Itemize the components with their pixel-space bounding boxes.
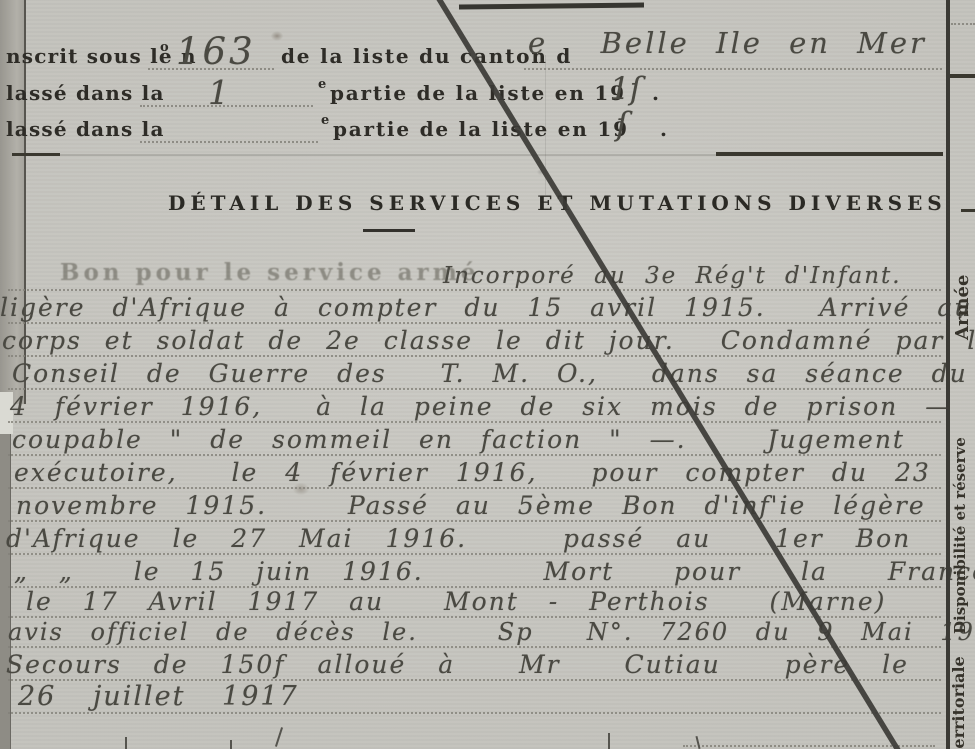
written-canton-name: e Belle Ile en Mer bbox=[528, 26, 927, 60]
horizontal-rule-faded-middle bbox=[60, 154, 716, 156]
scanned-military-record-page: nscrit sous le n o 163 de la liste du ca… bbox=[0, 0, 975, 749]
section-title-underline bbox=[363, 229, 415, 232]
service-entry-line: coupable " de sommeil en faction " —. Ju… bbox=[0, 420, 975, 456]
service-entry-line: avis officiel de décès le. Sp N°. 7260 d… bbox=[0, 612, 975, 648]
margin-label-disponibilite-reserve: Disponibilité et réserve bbox=[951, 342, 969, 634]
service-entry-line: 4 février 1916, à la peine de six mois d… bbox=[0, 387, 975, 423]
margin-dotted-fragment bbox=[951, 23, 975, 25]
horizontal-rule-left-fragment bbox=[12, 153, 60, 156]
partie-sup: e bbox=[318, 77, 326, 92]
entry-text: Conseil de Guerre des T. M. O., dans sa … bbox=[12, 359, 968, 388]
entry-text: 26 juillet 1917 bbox=[18, 681, 299, 712]
margin-rule-fragment bbox=[950, 74, 975, 78]
entry-text: Incorporé au 3e Rég't d'Infant. bbox=[443, 263, 902, 289]
written-year-digits: 1ſ bbox=[610, 71, 641, 107]
period: . bbox=[660, 117, 668, 141]
service-entry-line: exécutoire, le 4 février 1916, pour comp… bbox=[0, 453, 975, 489]
dotted-fill-line bbox=[524, 68, 942, 70]
cutoff-stroke bbox=[230, 740, 232, 749]
classement-label: lassé dans la bbox=[6, 117, 165, 141]
written-year-digits: ſ bbox=[616, 105, 628, 143]
entry-text: corps et soldat de 2e classe le dit jour… bbox=[2, 326, 975, 355]
entry-text: exécutoire, le 4 février 1916, pour comp… bbox=[14, 458, 931, 487]
service-entry-line: Incorporé au 3e Rég't d'Infant. bbox=[0, 255, 975, 291]
service-entry-line: Secours de 150f alloué à Mr Cutiau père … bbox=[0, 645, 975, 681]
classement-label: lassé dans la bbox=[6, 81, 165, 105]
margin-label-territoriale: territoriale bbox=[949, 646, 968, 749]
entry-text: 4 février 1916, à la peine de six mois d… bbox=[10, 392, 952, 421]
service-entry-line: 26 juillet 1917 bbox=[0, 678, 975, 714]
partie-label: partie de la liste en 19 bbox=[333, 117, 629, 141]
written-register-number: 163 bbox=[176, 30, 256, 73]
margin-rule-fragment bbox=[961, 209, 975, 212]
service-entry-line: ligère d'Afrique à compter du 15 avril 1… bbox=[0, 288, 975, 324]
service-entry-line: novembre 1915. Passé au 5ème Bon d'inf'i… bbox=[0, 486, 975, 522]
cutoff-stroke bbox=[125, 737, 127, 749]
top-horizontal-stroke bbox=[459, 5, 644, 7]
printed-line-classement-2: lassé dans la e partie de la liste en 19… bbox=[0, 117, 975, 151]
partie-label: partie de la liste en 19 bbox=[330, 81, 626, 105]
entry-text: coupable " de sommeil en faction " —. Ju… bbox=[12, 425, 905, 454]
cutoff-stroke bbox=[275, 727, 283, 747]
entry-text: d'Afrique le 27 Mai 1916. passé au 1er B… bbox=[6, 524, 911, 553]
margin-label-armee: Armée bbox=[952, 228, 973, 340]
entry-text: ligère d'Afrique à compter du 15 avril 1… bbox=[0, 293, 972, 322]
service-entry-line: Conseil de Guerre des T. M. O., dans sa … bbox=[0, 354, 975, 390]
entry-text: avis officiel de décès le. Sp N°. 7260 d… bbox=[8, 618, 975, 646]
dotted-fill-line bbox=[140, 141, 318, 143]
service-entry-line: d'Afrique le 27 Mai 1916. passé au 1er B… bbox=[0, 519, 975, 555]
printed-line-classement-1: lassé dans la 1 e partie de la liste en … bbox=[0, 81, 975, 115]
cutoff-stroke bbox=[608, 733, 610, 749]
service-entry-line: corps et soldat de 2e classe le dit jour… bbox=[0, 321, 975, 357]
partie-sup: e bbox=[321, 113, 329, 128]
inscription-label-sup: o bbox=[160, 40, 169, 55]
printed-line-inscription: nscrit sous le n o 163 de la liste du ca… bbox=[0, 44, 975, 78]
ruled-dotted-line-partial bbox=[683, 745, 935, 747]
entry-text: novembre 1915. Passé au 5ème Bon d'inf'i… bbox=[16, 491, 926, 520]
written-list-part: 1 bbox=[208, 73, 229, 112]
ruled-dotted-line bbox=[8, 712, 941, 714]
column-divider-rule bbox=[946, 0, 950, 749]
cutoff-stroke bbox=[695, 736, 700, 749]
period: . bbox=[652, 81, 660, 105]
entry-text: Secours de 150f alloué à Mr Cutiau père … bbox=[6, 650, 909, 679]
section-title: DÉTAIL DES SERVICES ET MUTATIONS DIVERSE… bbox=[168, 191, 947, 215]
horizontal-rule-right-fragment bbox=[716, 152, 943, 156]
